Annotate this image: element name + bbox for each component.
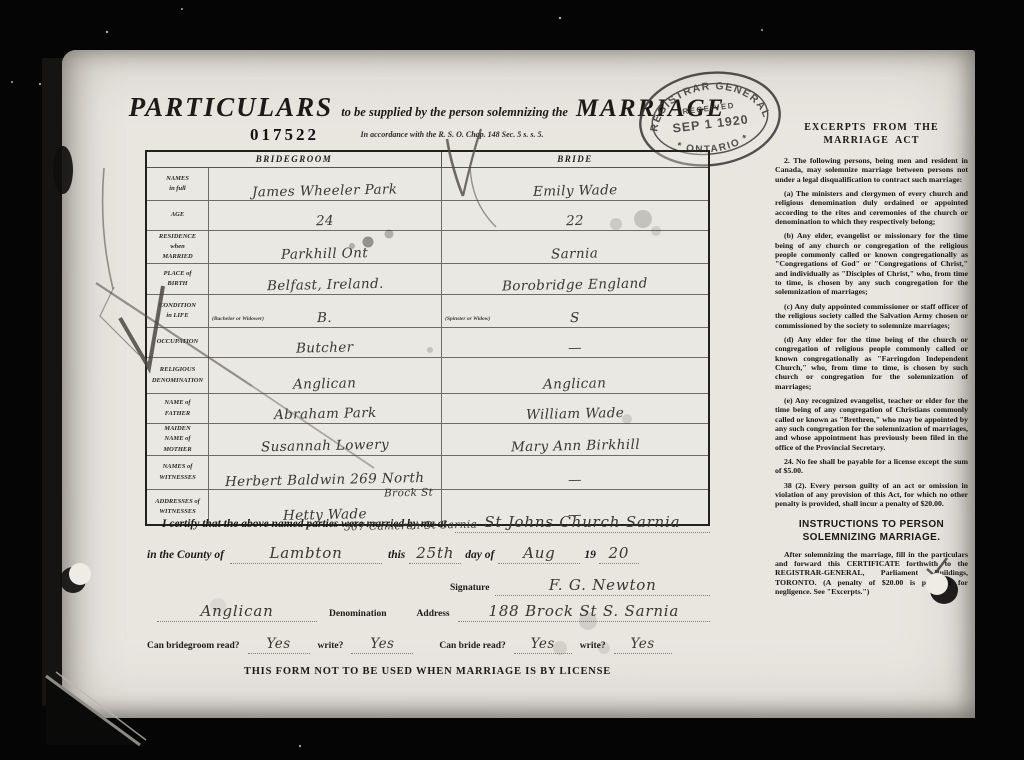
table-header-row: BRIDEGROOM BRIDE	[147, 152, 708, 168]
table-row-residence: RESIDENCE when MARRIED Parkhill Ont Sarn…	[147, 231, 708, 264]
table-row-mother: MAIDEN NAME of MOTHER Susannah Lowery Ma…	[147, 424, 708, 456]
groom-write-label: write?	[318, 641, 344, 651]
bride-age-value: 22	[566, 214, 584, 228]
signature-field: F. G. Newton	[495, 577, 710, 596]
groom-occupation-value: Butcher	[296, 341, 354, 356]
row-label: CONDITION in LIFE	[147, 295, 209, 327]
groom-age-value: 24	[316, 214, 334, 228]
table-row-occupation: OCCUPATION Butcher —	[147, 328, 708, 358]
row-label: NAMES in full	[147, 168, 209, 200]
table-row-birthplace: PLACE of BIRTH Belfast, Ireland. Borobri…	[147, 264, 708, 295]
witness-address-value-line2: 307 Cameron St Sarnia	[344, 519, 477, 532]
table-row-age: AGE 24 22	[147, 201, 708, 231]
row-label: PLACE of BIRTH	[147, 264, 209, 294]
title-middle: to be supplied by the person solemnizing…	[337, 105, 572, 119]
row-label: MAIDEN NAME of MOTHER	[147, 424, 209, 455]
table-row-names: NAMES in full James Wheeler Park Emily W…	[147, 168, 708, 201]
year-field: 20	[599, 545, 639, 564]
bride-condition-value: S	[570, 311, 580, 325]
bride-father-value: William Wade	[526, 406, 624, 422]
table-row-witness-names: NAMES of WITNESSES Herbert Baldwin 269 N…	[147, 456, 708, 490]
day-field: 25th	[409, 545, 461, 564]
excerpt-paragraph: 38 (2). Every person guilty of an act or…	[775, 481, 968, 509]
bride-occupation-value: —	[568, 341, 582, 355]
county-field: Lambton	[230, 545, 382, 564]
excerpt-paragraph: (a) The ministers and clergymen of every…	[775, 189, 968, 226]
this-label: this	[388, 549, 405, 561]
bride-residence-value: Sarnia	[551, 247, 598, 261]
instructions-heading: INSTRUCTIONS TO PERSON SOLEMNIZING MARRI…	[775, 518, 968, 544]
scan-background: PARTICULARS to be supplied by the person…	[0, 0, 1024, 760]
groom-birthplace-value: Belfast, Ireland.	[266, 277, 383, 293]
groom-denomination-value: Anglican	[293, 377, 357, 392]
bride-read-field: Yes	[514, 635, 572, 654]
particulars-table: BRIDEGROOM BRIDE NAMES in full James Whe…	[145, 150, 710, 526]
bachelor-widower-sublabel: (Bachelor or Widower)	[212, 316, 264, 322]
bride-name-value: Emily Wade	[533, 184, 618, 199]
married-place-field: St Johns Church Sarnia	[455, 514, 710, 533]
groom-residence-value: Parkhill Ont	[281, 247, 368, 262]
address-field: 188 Brock St S. Sarnia	[458, 603, 710, 622]
excerpt-paragraph: (c) Any duly appointed commissioner or s…	[775, 302, 968, 330]
excerpt-paragraph: (e) Any recognized evangelist, teacher o…	[775, 396, 968, 452]
bride-column-header: BRIDE	[442, 152, 708, 167]
signature-label: Signature	[450, 583, 489, 593]
groom-condition-value: B.	[317, 311, 332, 325]
serial-number: 017522	[250, 125, 319, 145]
row-label: RESIDENCE when MARRIED	[147, 231, 209, 263]
license-warning: THIS FORM NOT TO BE USED WHEN MARRIAGE I…	[145, 666, 710, 677]
excerpt-paragraph: (b) Any elder, evangelist or missionary …	[775, 231, 968, 296]
bride-birthplace-value: Borobridge England	[502, 277, 648, 294]
excerpt-paragraph: (d) Any elder for the time being of the …	[775, 335, 968, 391]
table-row-condition: CONDITION in LIFE (Bachelor or Widower) …	[147, 295, 708, 328]
excerpts-heading: EXCERPTS FROM THE MARRIAGE ACT	[775, 122, 968, 147]
row-label: RELIGIOUS DENOMINATION	[147, 358, 209, 393]
page-stack-edge	[42, 58, 64, 706]
bride-witness-name-value: —	[568, 473, 582, 487]
groom-read-field: Yes	[248, 635, 310, 654]
denomination-address-line: Anglican Denomination Address 188 Brock …	[157, 603, 710, 622]
groom-name-value: James Wheeler Park	[252, 183, 398, 200]
bride-write-label: write?	[580, 641, 606, 651]
year-prefix: 19	[584, 549, 596, 561]
title-particulars: PARTICULARS	[129, 92, 334, 122]
groom-write-field: Yes	[351, 635, 413, 654]
row-label: OCCUPATION	[147, 328, 209, 357]
bride-mother-value: Mary Ann Birkhill	[510, 438, 639, 454]
address-label: Address	[417, 609, 450, 619]
literacy-line: Can bridegroom read? Yes write? Yes Can …	[147, 635, 710, 654]
denomination-field: Anglican	[157, 603, 317, 622]
row-label: NAME of FATHER	[147, 394, 209, 423]
denomination-label: Denomination	[329, 609, 387, 619]
excerpt-paragraph: 2. The following persons, being men and …	[775, 156, 968, 184]
month-field: Aug	[498, 545, 580, 564]
row-label: NAMES of WITNESSES	[147, 456, 209, 489]
row-label: AGE	[147, 201, 209, 230]
bridegroom-column-header: BRIDEGROOM	[147, 152, 442, 167]
instructions-body: After solemnizing the marriage, fill in …	[775, 550, 968, 597]
spinster-widow-sublabel: (Spinster or Widow)	[445, 316, 490, 322]
bride-denomination-value: Anglican	[543, 377, 607, 392]
groom-father-value: Abraham Park	[274, 406, 377, 422]
bride-read-label: Can bride read?	[439, 641, 505, 651]
bride-write-field: Yes	[614, 635, 672, 654]
day-of-label: day of	[465, 549, 494, 561]
signature-line: Signature F. G. Newton	[450, 577, 710, 596]
table-row-father: NAME of FATHER Abraham Park William Wade	[147, 394, 708, 424]
marriage-certificate-page: PARTICULARS to be supplied by the person…	[62, 50, 975, 718]
groom-mother-value: Susannah Lowery	[261, 438, 389, 454]
groom-read-label: Can bridegroom read?	[147, 641, 240, 651]
excerpts-column: EXCERPTS FROM THE MARRIAGE ACT 2. The fo…	[775, 122, 968, 601]
witness-name-value-line2: Brock St	[384, 487, 433, 499]
county-label: in the County of	[147, 549, 224, 561]
excerpt-paragraph: 24. No fee shall be payable for a licens…	[775, 457, 968, 476]
table-row-denomination: RELIGIOUS DENOMINATION Anglican Anglican	[147, 358, 708, 394]
county-date-line: in the County of Lambton this 25th day o…	[147, 545, 710, 564]
